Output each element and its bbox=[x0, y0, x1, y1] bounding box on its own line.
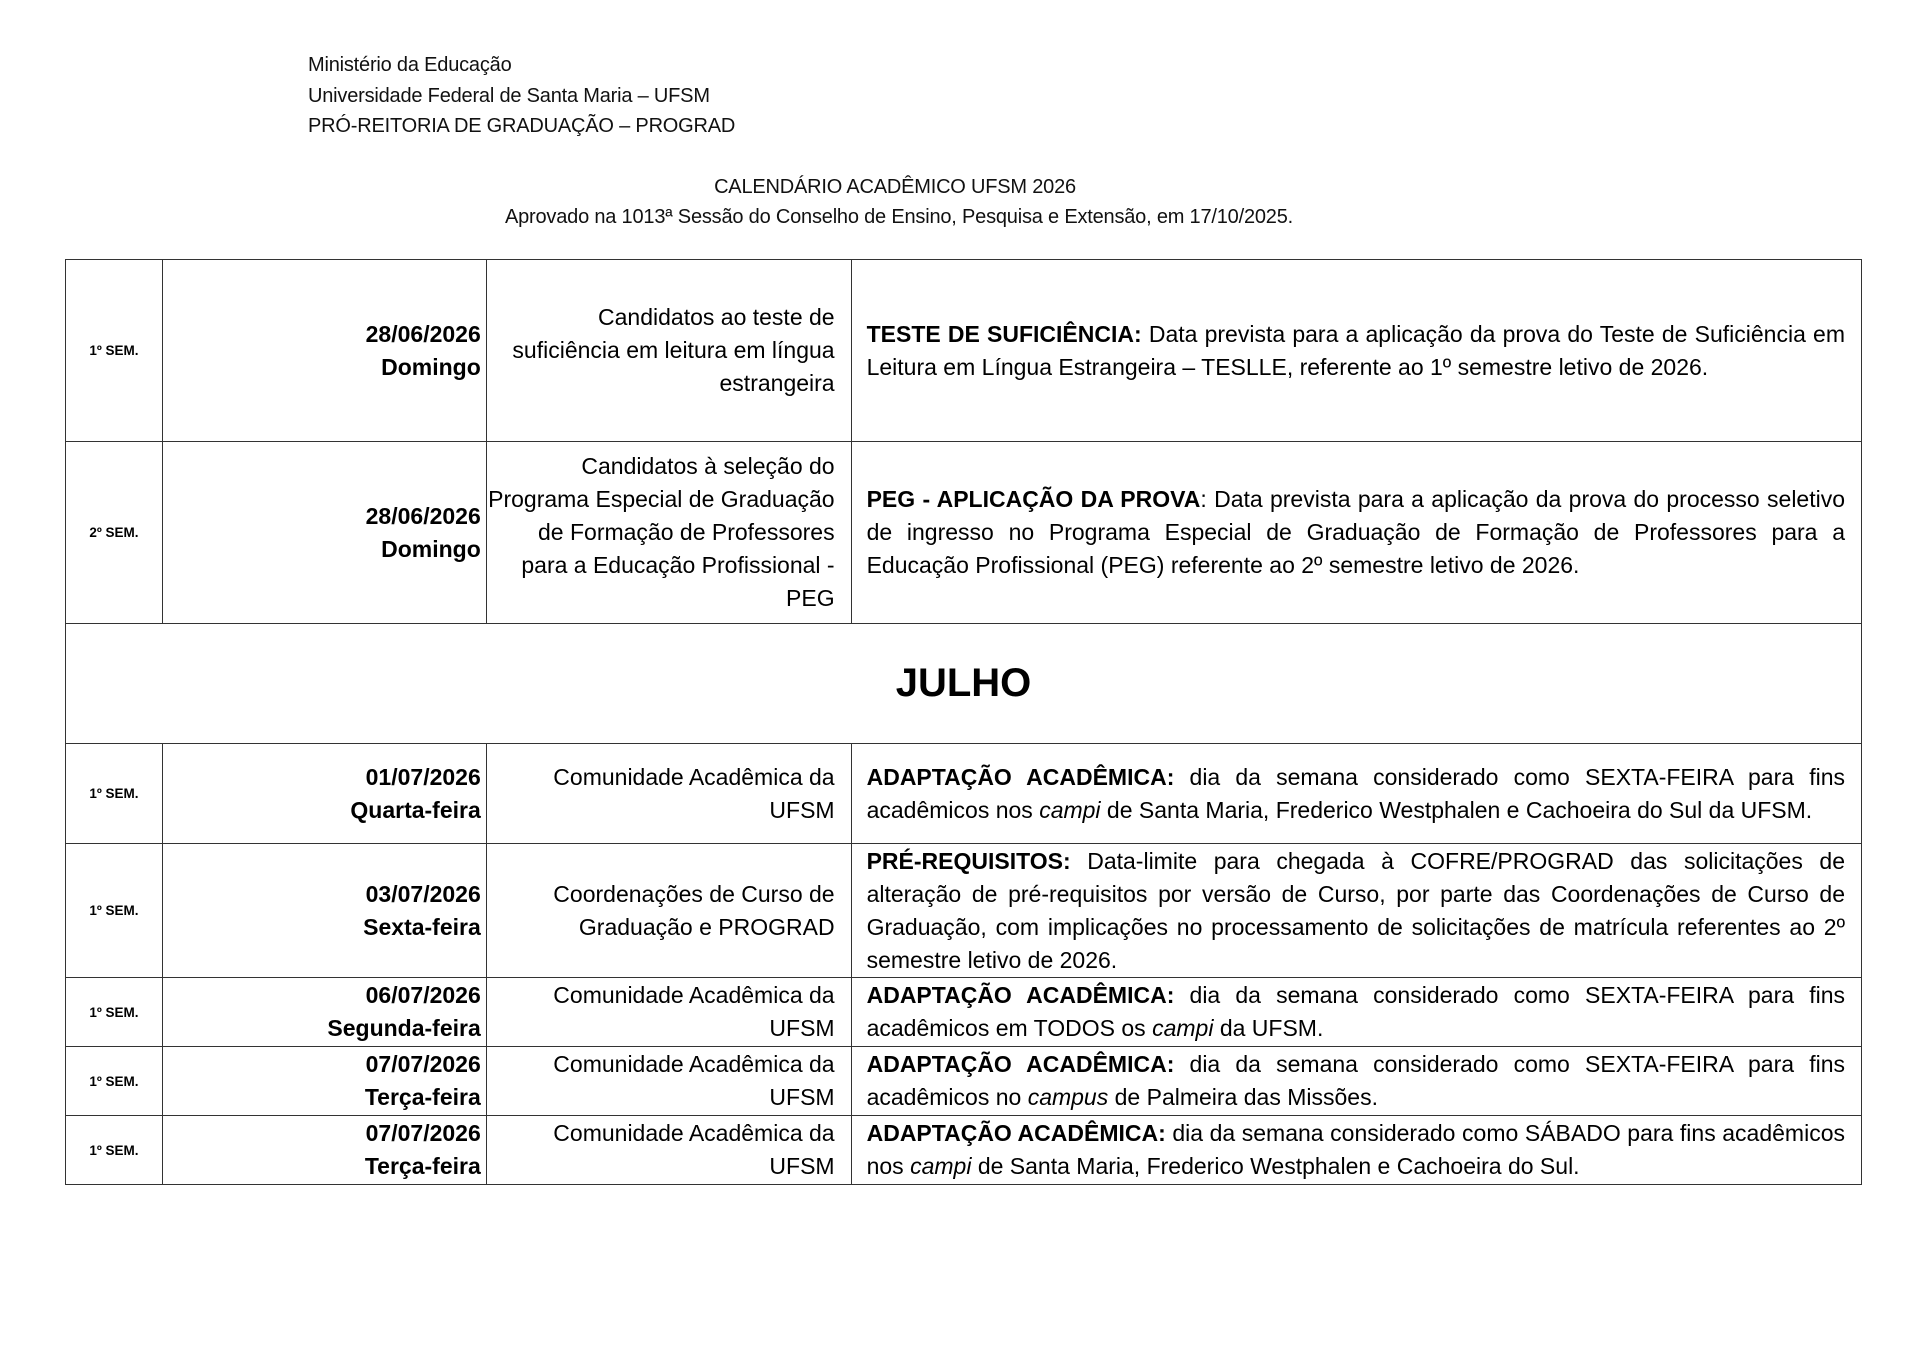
audience-cell: Coordenações de Curso de Graduação e PRO… bbox=[486, 844, 851, 978]
date-cell: 06/07/2026 Segunda-feira bbox=[162, 978, 486, 1047]
date-cell: 28/06/2026 Domingo bbox=[162, 442, 486, 624]
document-title: CALENDÁRIO ACADÊMICO UFSM 2026 bbox=[0, 172, 1920, 202]
date-cell: 01/07/2026 Quarta-feira bbox=[162, 744, 486, 844]
date-cell: 07/07/2026 Terça-feira bbox=[162, 1047, 486, 1116]
semester-cell: 1º SEM. bbox=[66, 744, 163, 844]
event-date: 06/07/2026 bbox=[164, 979, 481, 1012]
date-cell: 03/07/2026 Sexta-feira bbox=[162, 844, 486, 978]
event-label: PEG - APLICAÇÃO DA PROVA bbox=[867, 486, 1201, 512]
description-cell: ADAPTAÇÃO ACADÊMICA: dia da semana consi… bbox=[851, 978, 1861, 1047]
audience-cell: Candidatos à seleção do Programa Especia… bbox=[486, 442, 851, 624]
semester-cell: 1º SEM. bbox=[66, 978, 163, 1047]
description-cell: ADAPTAÇÃO ACADÊMICA: dia da semana consi… bbox=[851, 1116, 1861, 1185]
event-weekday: Segunda-feira bbox=[164, 1012, 481, 1045]
event-text-post: da UFSM. bbox=[1213, 1015, 1323, 1041]
table-row: 1º SEM. 03/07/2026 Sexta-feira Coordenaç… bbox=[66, 844, 1862, 978]
table-row: 1º SEM. 07/07/2026 Terça-feira Comunidad… bbox=[66, 1116, 1862, 1185]
event-date: 28/06/2026 bbox=[164, 500, 481, 533]
table-row: 2º SEM. 28/06/2026 Domingo Candidatos à … bbox=[66, 442, 1862, 624]
event-weekday: Terça-feira bbox=[164, 1081, 481, 1114]
description-cell: ADAPTAÇÃO ACADÊMICA: dia da semana consi… bbox=[851, 1047, 1861, 1116]
document-subtitle: Aprovado na 1013ª Sessão do Conselho de … bbox=[0, 202, 1920, 232]
event-weekday: Terça-feira bbox=[164, 1150, 481, 1183]
event-text-post: de Santa Maria, Frederico Westphalen e C… bbox=[1101, 797, 1813, 823]
semester-cell: 1º SEM. bbox=[66, 844, 163, 978]
description-cell: PEG - APLICAÇÃO DA PROVA: Data prevista … bbox=[851, 442, 1861, 624]
table-row: 1º SEM. 06/07/2026 Segunda-feira Comunid… bbox=[66, 978, 1862, 1047]
audience-cell: Comunidade Acadêmica da UFSM bbox=[486, 744, 851, 844]
event-date: 28/06/2026 bbox=[164, 318, 481, 351]
event-text-italic: campi bbox=[1039, 797, 1100, 823]
date-cell: 28/06/2026 Domingo bbox=[162, 260, 486, 442]
semester-cell: 1º SEM. bbox=[66, 1116, 163, 1185]
audience-cell: Comunidade Acadêmica da UFSM bbox=[486, 1047, 851, 1116]
audience-cell: Candidatos ao teste de suficiência em le… bbox=[486, 260, 851, 442]
event-label: ADAPTAÇÃO ACADÊMICA: bbox=[867, 982, 1175, 1008]
semester-cell: 1º SEM. bbox=[66, 260, 163, 442]
event-label: ADAPTAÇÃO ACADÊMICA: bbox=[867, 1051, 1175, 1077]
audience-cell: Comunidade Acadêmica da UFSM bbox=[486, 978, 851, 1047]
event-label: ADAPTAÇÃO ACADÊMICA: bbox=[867, 1120, 1166, 1146]
event-date: 03/07/2026 bbox=[164, 878, 481, 911]
document-header: Ministério da Educação Universidade Fede… bbox=[308, 50, 735, 142]
event-weekday: Quarta-feira bbox=[164, 794, 481, 827]
description-cell: TESTE DE SUFICIÊNCIA: Data prevista para… bbox=[851, 260, 1861, 442]
audience-cell: Comunidade Acadêmica da UFSM bbox=[486, 1116, 851, 1185]
event-label: ADAPTAÇÃO ACADÊMICA: bbox=[867, 764, 1175, 790]
event-date: 07/07/2026 bbox=[164, 1117, 481, 1150]
ministry-name: Ministério da Educação bbox=[308, 50, 735, 81]
event-label: PRÉ-REQUISITOS: bbox=[867, 848, 1071, 874]
month-heading: JULHO bbox=[66, 624, 1862, 744]
event-text-post: de Palmeira das Missões. bbox=[1108, 1084, 1378, 1110]
semester-cell: 2º SEM. bbox=[66, 442, 163, 624]
description-cell: ADAPTAÇÃO ACADÊMICA: dia da semana consi… bbox=[851, 744, 1861, 844]
event-date: 01/07/2026 bbox=[164, 761, 481, 794]
event-label: TESTE DE SUFICIÊNCIA: bbox=[867, 321, 1142, 347]
semester-cell: 1º SEM. bbox=[66, 1047, 163, 1116]
university-name: Universidade Federal de Santa Maria – UF… bbox=[308, 81, 735, 112]
event-text-post: de Santa Maria, Frederico Westphalen e C… bbox=[971, 1153, 1579, 1179]
department-name: PRÓ-REITORIA DE GRADUAÇÃO – PROGRAD bbox=[308, 111, 735, 142]
table-row: 1º SEM. 07/07/2026 Terça-feira Comunidad… bbox=[66, 1047, 1862, 1116]
event-text-italic: campus bbox=[1028, 1084, 1109, 1110]
date-cell: 07/07/2026 Terça-feira bbox=[162, 1116, 486, 1185]
event-weekday: Domingo bbox=[164, 533, 481, 566]
month-row: JULHO bbox=[66, 624, 1862, 744]
event-text-italic: campi bbox=[1152, 1015, 1213, 1041]
description-cell: PRÉ-REQUISITOS: Data-limite para chegada… bbox=[851, 844, 1861, 978]
event-weekday: Domingo bbox=[164, 351, 481, 384]
event-date: 07/07/2026 bbox=[164, 1048, 481, 1081]
document-title-block: CALENDÁRIO ACADÊMICO UFSM 2026 Aprovado … bbox=[0, 172, 1920, 232]
event-weekday: Sexta-feira bbox=[164, 911, 481, 944]
table-row: 1º SEM. 01/07/2026 Quarta-feira Comunida… bbox=[66, 744, 1862, 844]
calendar-table: 1º SEM. 28/06/2026 Domingo Candidatos ao… bbox=[65, 259, 1862, 1185]
event-text-italic: campi bbox=[910, 1153, 971, 1179]
table-row: 1º SEM. 28/06/2026 Domingo Candidatos ao… bbox=[66, 260, 1862, 442]
